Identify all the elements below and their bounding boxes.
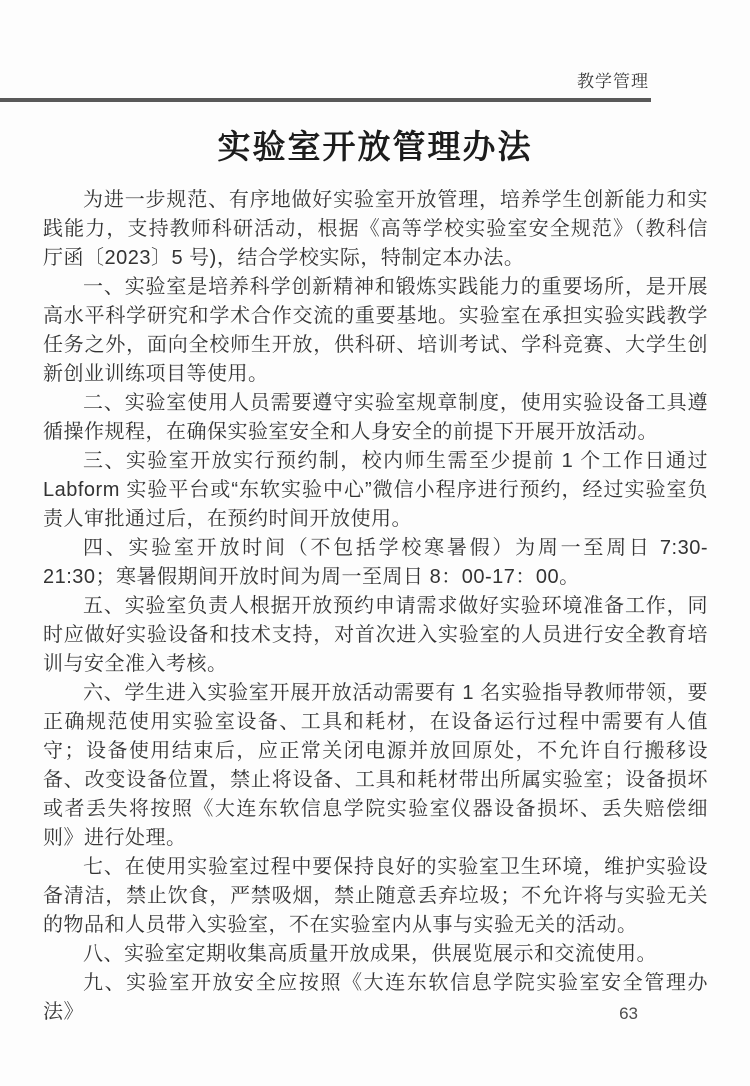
- document-body: 为进一步规范、有序地做好实验室开放管理，培养学生创新能力和实践能力，支持教师科研…: [0, 170, 750, 1027]
- paragraph-item-3: 三、实验室开放实行预约制，校内师生需至少提前 1 个工作日通过 Labform …: [43, 447, 708, 534]
- paragraph-item-7: 七、在使用实验室过程中要保持良好的实验室卫生环境，维护实验设备清洁，禁止饮食，严…: [43, 853, 708, 940]
- paragraph-item-5: 五、实验室负责人根据开放预约申请需求做好实验环境准备工作，同时应做好实验设备和技…: [43, 592, 708, 679]
- running-header: 教学管理: [0, 0, 750, 98]
- header-section-label: 教学管理: [577, 67, 649, 92]
- paragraph-item-1: 一、实验室是培养科学创新精神和锻炼实践能力的重要场所，是开展高水平科学研究和学术…: [43, 273, 708, 389]
- paragraph-item-9: 九、实验室开放安全应按照《大连东软信息学院实验室安全管理办法》: [43, 969, 708, 1027]
- paragraph-item-4: 四、实验室开放时间（不包括学校寒暑假）为周一至周日 7:30-21:30；寒暑假…: [43, 534, 708, 592]
- page-title: 实验室开放管理办法: [0, 126, 750, 170]
- document-page: 教学管理 实验室开放管理办法 为进一步规范、有序地做好实验室开放管理，培养学生创…: [0, 0, 750, 1086]
- paragraph-item-8: 八、实验室定期收集高质量开放成果，供展览展示和交流使用。: [43, 940, 708, 969]
- paragraph-item-2: 二、实验室使用人员需要遵守实验室规章制度，使用实验设备工具遵循操作规程，在确保实…: [43, 389, 708, 447]
- page-number: 63: [619, 1004, 638, 1024]
- header-rule: [0, 98, 651, 102]
- paragraph-item-6: 六、学生进入实验室开展开放活动需要有 1 名实验指导教师带领，要正确规范使用实验…: [43, 679, 708, 853]
- paragraph-intro: 为进一步规范、有序地做好实验室开放管理，培养学生创新能力和实践能力，支持教师科研…: [43, 186, 708, 273]
